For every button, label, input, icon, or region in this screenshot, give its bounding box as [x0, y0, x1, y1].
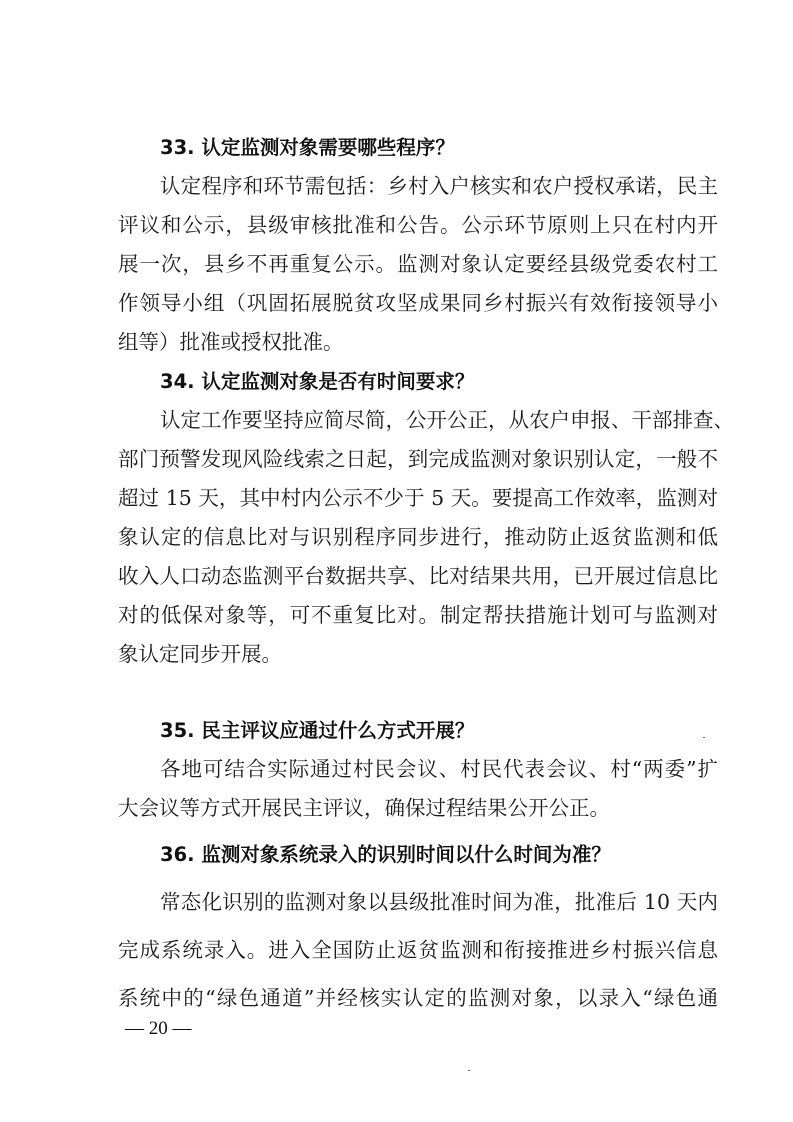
document-page: 33. 认定监测对象需要哪些程序？ 认定程序和环节需包括：乡村入户核实和农户授权…: [0, 0, 793, 1122]
paragraph-line: 各地可结合实际通过村民会议、村民代表会议、村“两委”扩: [160, 750, 718, 789]
paragraph-line: 评议和公示，县级审核批准和公告。公示环节原则上只在村内开: [118, 206, 718, 245]
section-heading-36: 36. 监测对象系统录入的识别时间以什么时间为准？: [160, 835, 611, 874]
paragraph-line: 组等）批准或授权批准。: [118, 323, 718, 362]
scan-speck: [703, 737, 705, 738]
scan-speck: [468, 1070, 470, 1071]
paragraph-line: 大会议等方式开展民主评议，确保过程结果公开公正。: [118, 789, 718, 828]
paragraph-line: 常态化识别的监测对象以县级批准时间为准，批准后 10 天内: [160, 883, 718, 922]
paragraph-line: 展一次，县乡不再重复公示。监测对象认定要经县级党委农村工: [118, 245, 718, 284]
section-heading-33: 33. 认定监测对象需要哪些程序？: [160, 128, 455, 167]
paragraph-line: 部门预警发现风险线索之日起，到完成监测对象识别认定，一般不: [118, 440, 718, 479]
paragraph-line: 收入人口动态监测平台数据共享、比对结果共用，已开展过信息比: [118, 557, 718, 596]
section-heading-34: 34. 认定监测对象是否有时间要求？: [160, 362, 474, 401]
paragraph-line: 对的低保对象等，可不重复比对。制定帮扶措施计划可与监测对: [118, 596, 718, 635]
page-number: — 20 —: [125, 1014, 192, 1044]
paragraph-line: 完成系统录入。进入全国防止返贫监测和衔接推进乡村振兴信息: [118, 931, 718, 970]
paragraph-line: 超过 15 天，其中村内公示不少于 5 天。要提高工作效率，监测对: [118, 479, 718, 518]
paragraph-line: 认定工作要坚持应简尽简，公开公正，从农户申报、干部排查、: [160, 401, 718, 440]
paragraph-line: 作领导小组（巩固拓展脱贫攻坚成果同乡村振兴有效衔接领导小: [118, 284, 718, 323]
section-heading-35: 35. 民主评议应通过什么方式开展？: [160, 711, 474, 750]
paragraph-line: 认定程序和环节需包括：乡村入户核实和农户授权承诺，民主: [160, 167, 718, 206]
paragraph-line: 系统中的“绿色通道”并经核实认定的监测对象，以录入“绿色通: [118, 979, 718, 1018]
paragraph-line: 象认定同步开展。: [118, 635, 718, 674]
paragraph-line: 象认定的信息比对与识别程序同步进行，推动防止返贫监测和低: [118, 518, 718, 557]
